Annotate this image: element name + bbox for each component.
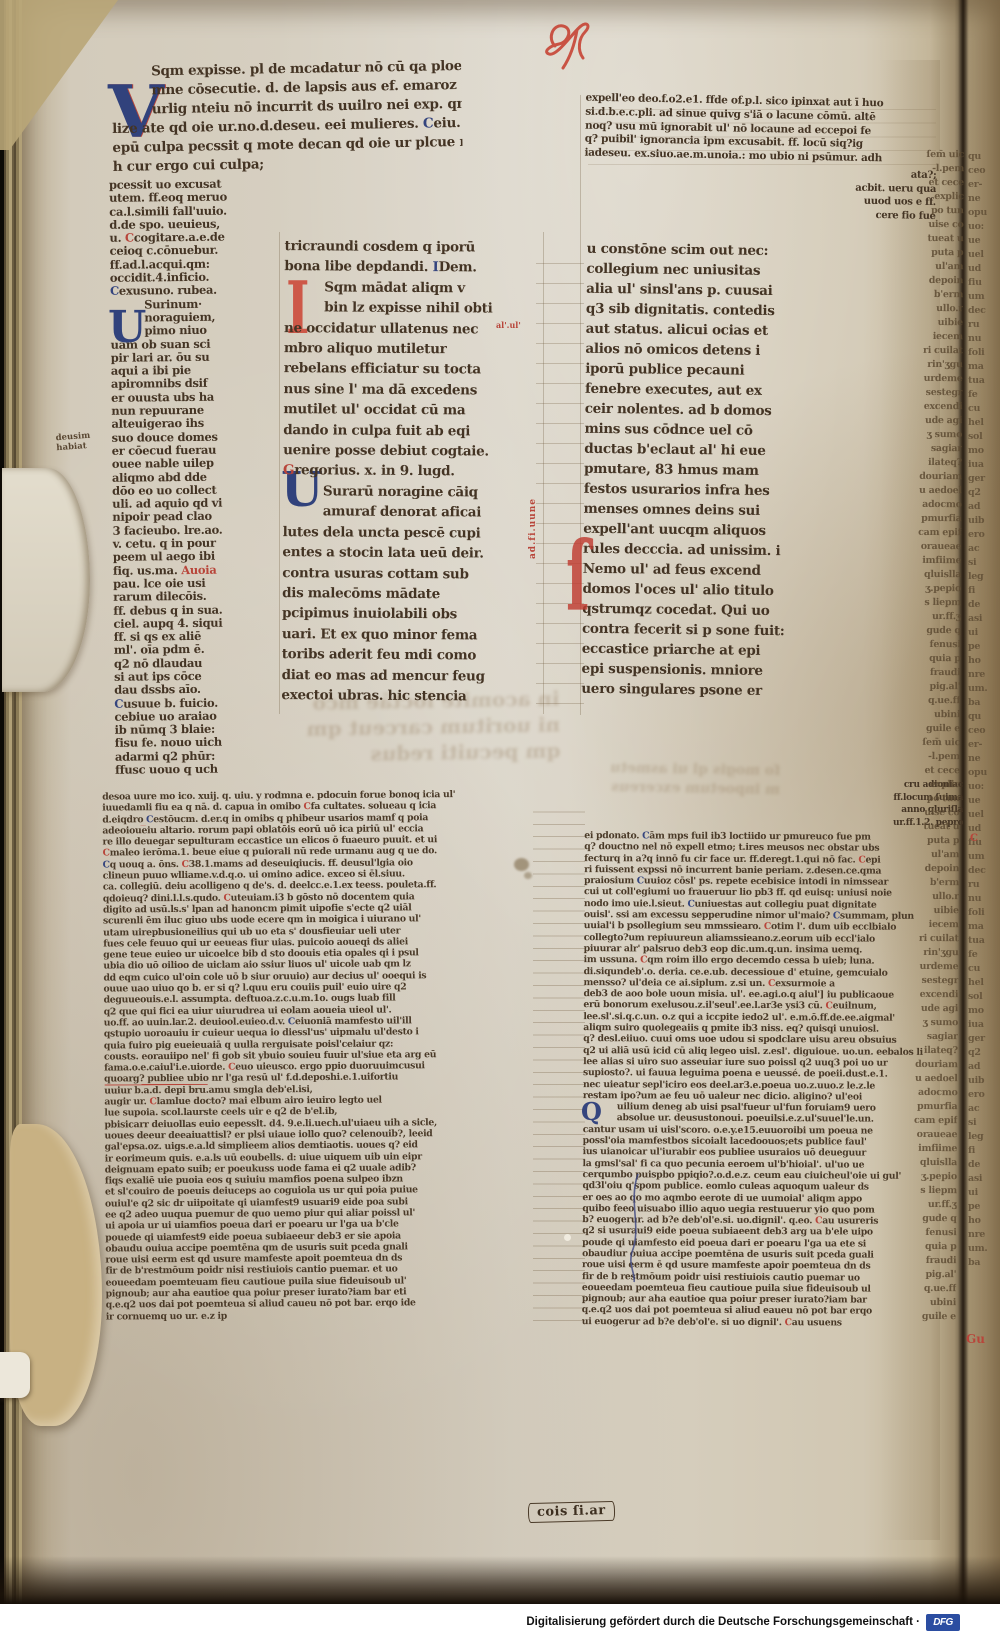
red-flourish-icon: ſ (566, 521, 590, 633)
stain (524, 872, 532, 879)
catchword: cois ſi.ar (528, 1501, 615, 1523)
column-rule (279, 232, 280, 714)
fore-edge-text-near: ſem̄ uic-l.pemet ceceexplicpo tunuise co… (899, 148, 964, 1328)
text-column-left-narrow: pcessit uo excusatutem. ff.eoq meruoca.l… (109, 177, 267, 781)
vellum-tab (0, 1352, 30, 1398)
edge-red-initial: Gu (966, 1332, 985, 1346)
text-column-center: tricraundi cosdem q iporūbona libe depda… (281, 236, 544, 712)
blue-flourish-icon (626, 1172, 646, 1288)
page-bottom-shadow (0, 1556, 1000, 1604)
margin-note: deusimhabiat (55, 431, 91, 453)
digitization-footer: Digitalisierung gefördert durch die Deut… (0, 1604, 1000, 1640)
commentary-block-lower-left: desoa uure mo ico. xuij. q. uiu. y rodmn… (102, 788, 540, 1327)
red-interlinear-note: al'.ul' (496, 320, 521, 330)
ink-showthrough: ſo mogis ql ui asmetum inpoetum excereus (560, 758, 781, 800)
text-block-top-left: Sqm expisse. pl de mcadatur nō cū qa plo… (111, 57, 463, 181)
ruling-lines-lower-gap (533, 800, 585, 1330)
dfg-logo: DFG (926, 1614, 960, 1631)
edge-red-pilcrow: C (970, 833, 978, 844)
stain (514, 858, 529, 871)
fore-edge-text-far: quceoer-neopuuo:ueueludfiuumdecrunufolim… (968, 150, 999, 1330)
footer-credit-text: Digitalisierung gefördert durch die Deut… (526, 1616, 920, 1628)
quire-mark-icon (533, 12, 603, 76)
parchment-hole (564, 1234, 571, 1241)
manuscript-scan: in acomite loctāe mconi uoritum carceut … (0, 0, 1000, 1640)
gloss-block-right-top: expell'eo deo.f.o2.e1. ffde of.p.l. sico… (584, 92, 939, 171)
red-vertical-marginal-note: ad.fi.uune (528, 498, 538, 559)
text-column-right: u constōne scim out nec:collegium nec un… (581, 239, 793, 703)
